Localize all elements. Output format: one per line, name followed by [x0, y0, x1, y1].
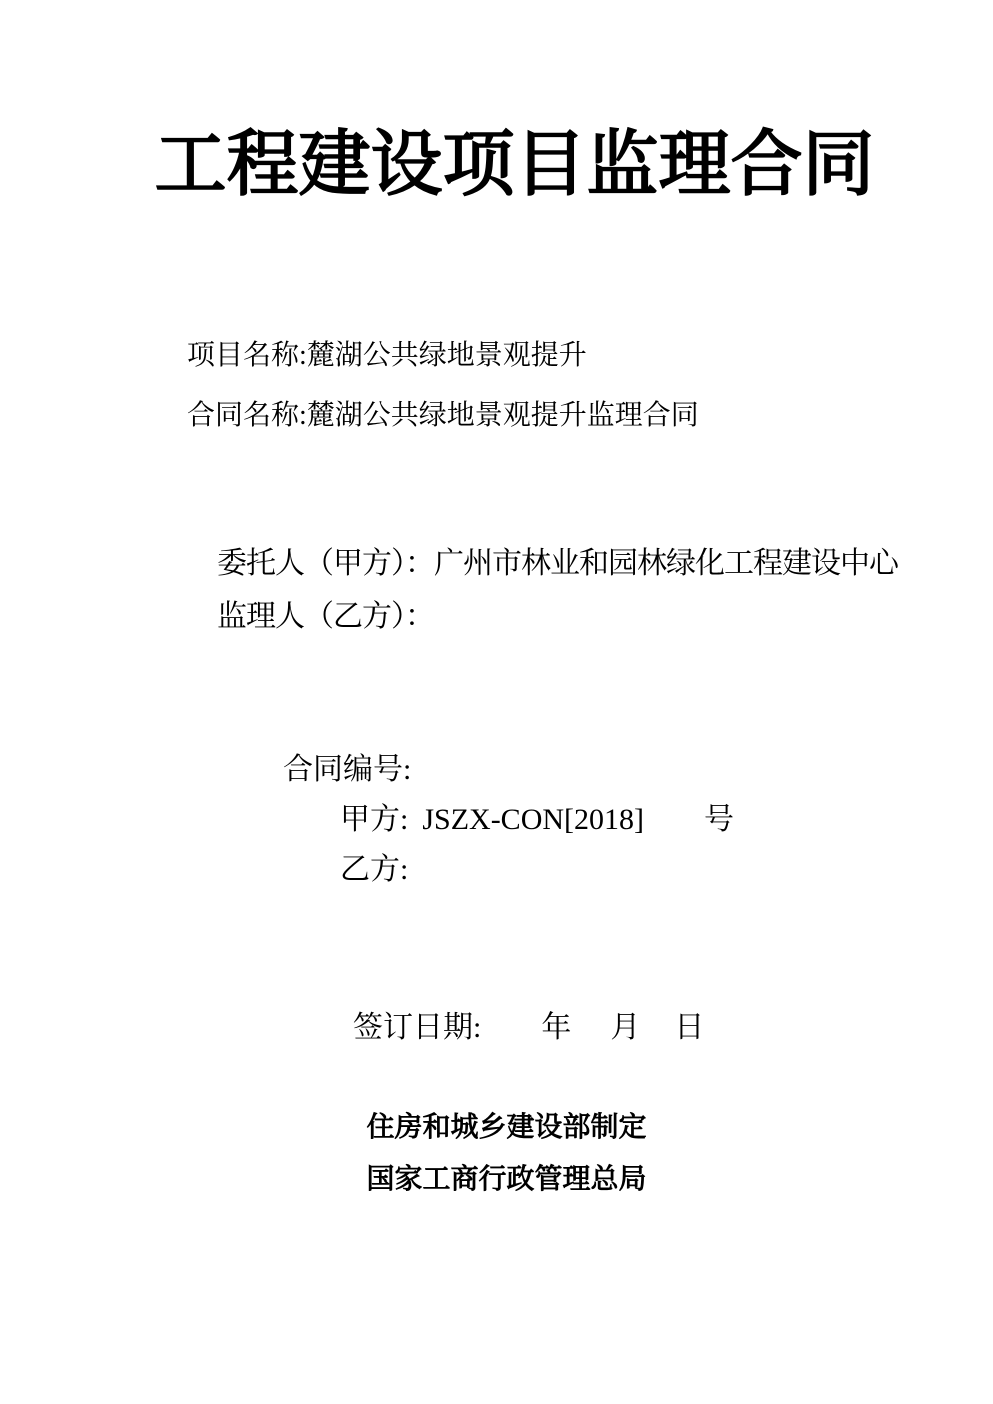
client-label: 委托人（甲方）：: [217, 547, 434, 580]
page-title: 工程建设项目监理合同: [0, 118, 993, 212]
project-name-label: 项目名称:: [187, 340, 307, 371]
project-name-value: 麓湖公共绿地景观提升: [307, 340, 587, 371]
month-label: 月: [610, 1011, 640, 1044]
year-label: 年: [541, 1011, 571, 1044]
contract-number-label-line: 合同编号:: [283, 745, 734, 795]
client-line: 委托人（甲方）：广州市林业和园林绿化工程建设中心: [217, 537, 898, 590]
party-a-label: 甲方:: [340, 803, 408, 836]
signing-date-label: 签订日期:: [353, 1011, 481, 1044]
publisher-line-2: 国家工商行政管理总局: [20, 1154, 993, 1206]
party-b-label: 乙方:: [340, 853, 408, 886]
parties-section: 委托人（甲方）：广州市林业和园林绿化工程建设中心 监理人（乙方）：: [217, 537, 898, 643]
party-b-number-line: 乙方:: [340, 845, 734, 895]
contract-name-value: 麓湖公共绿地景观提升监理合同: [307, 400, 699, 431]
project-name-line: 项目名称:麓湖公共绿地景观提升: [187, 326, 699, 386]
party-a-number-line: 甲方:JSZX-CON[2018]号: [340, 795, 734, 845]
contract-name-line: 合同名称:麓湖公共绿地景观提升监理合同: [187, 386, 699, 446]
supervisor-line: 监理人（乙方）：: [217, 590, 898, 643]
party-a-number-suffix: 号: [704, 803, 734, 836]
contract-cover-page: 工程建设项目监理合同 项目名称:麓湖公共绿地景观提升 合同名称:麓湖公共绿地景观…: [0, 0, 993, 1404]
contract-number-label: 合同编号:: [283, 753, 411, 786]
signing-date-line: 签订日期:年月日: [353, 1004, 704, 1052]
client-value: 广州市林业和园林绿化工程建设中心: [434, 547, 898, 580]
supervisor-label: 监理人（乙方）：: [217, 600, 434, 633]
publisher-section: 住房和城乡建设部制定 国家工商行政管理总局: [0, 1102, 993, 1206]
day-label: 日: [674, 1011, 704, 1044]
publisher-line-1: 住房和城乡建设部制定: [20, 1102, 993, 1154]
project-contract-names: 项目名称:麓湖公共绿地景观提升 合同名称:麓湖公共绿地景观提升监理合同: [187, 326, 699, 446]
party-a-number-value: JSZX-CON[2018]: [422, 803, 644, 836]
contract-number-section: 合同编号: 甲方:JSZX-CON[2018]号 乙方:: [283, 745, 734, 895]
contract-name-label: 合同名称:: [187, 400, 307, 431]
